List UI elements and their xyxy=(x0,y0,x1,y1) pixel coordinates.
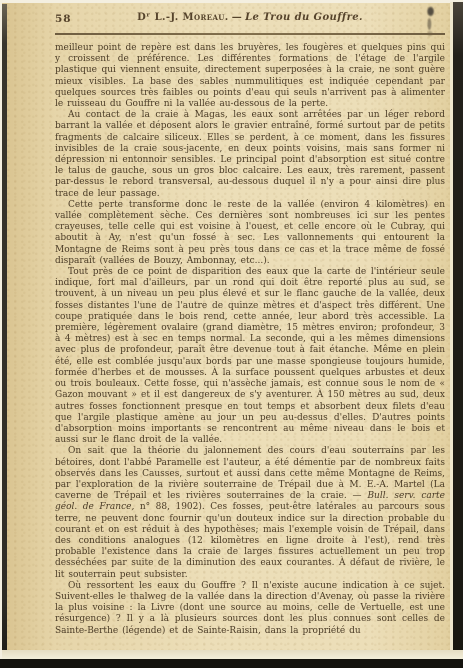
page-content: 58 Dʳ L.-J. Moreau.—Le Trou du Gouffre. … xyxy=(55,12,445,637)
paragraph-segment: Cette perte transforme donc le reste de … xyxy=(55,200,445,266)
scan-edge-left-dark xyxy=(2,4,7,664)
running-header-text: Dʳ L.-J. Moreau.—Le Trou du Gouffre. xyxy=(55,12,445,23)
paragraph: meilleur point de repère est dans les br… xyxy=(55,43,445,110)
paragraph-segment: Tout près de ce point de disparition des… xyxy=(55,267,445,445)
paragraph: Au contact de la craie à Magas, les eaux… xyxy=(55,110,445,200)
header-rule xyxy=(55,33,445,35)
paragraph-segment: n° 88, 1902). Ces fosses, peut-être laté… xyxy=(55,502,445,579)
paragraph-segment: meilleur point de repère est dans les br… xyxy=(55,43,445,109)
header-title: Le Trou du Gouffre. xyxy=(245,12,363,23)
paragraph: Où ressortent les eaux du Gouffre ? Il n… xyxy=(55,581,445,637)
scanned-book-page: 58 Dʳ L.-J. Moreau.—Le Trou du Gouffre. … xyxy=(0,0,463,668)
scan-edge-bottom-dark xyxy=(0,659,463,668)
body-text: meilleur point de repère est dans les br… xyxy=(55,43,445,637)
page-number: 58 xyxy=(55,13,72,25)
paragraph: Cette perte transforme donc le reste de … xyxy=(55,200,445,267)
scan-edge-bottom-light xyxy=(2,650,463,659)
header-author: Dʳ L.-J. Moreau. xyxy=(137,12,229,23)
paragraph: Tout près de ce point de disparition des… xyxy=(55,267,445,446)
paragraph-segment: Où ressortent les eaux du Gouffre ? Il n… xyxy=(55,581,445,636)
scan-edge-top xyxy=(0,0,463,3)
running-header: 58 Dʳ L.-J. Moreau.—Le Trou du Gouffre. xyxy=(55,12,445,28)
scan-edge-right-dark xyxy=(453,2,463,668)
paragraph-segment: Au contact de la craie à Magas, les eaux… xyxy=(55,110,445,198)
header-separator: — xyxy=(232,12,242,23)
paragraph: On sait que la théorie du jalonnement de… xyxy=(55,446,445,580)
